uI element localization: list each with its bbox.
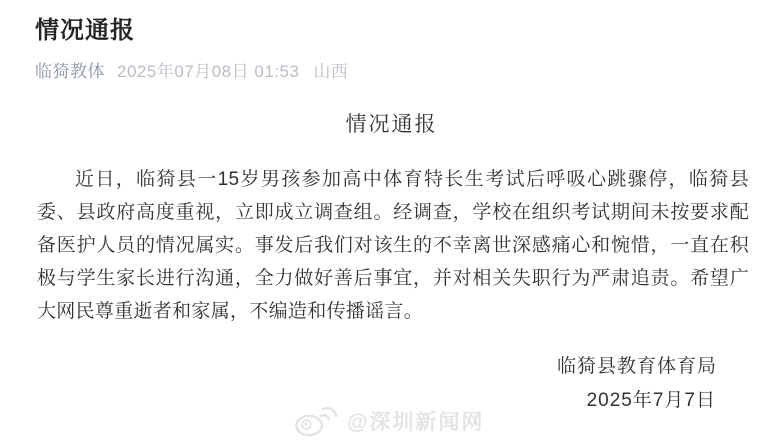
watermark: @深圳新闻网 <box>293 404 484 437</box>
weibo-post-screenshot: 情况通报 临猗教体2025年07月08日 01:53山西 情况通报 近日，临猗县… <box>0 0 783 440</box>
source-account-link[interactable]: 临猗教体 <box>35 62 105 81</box>
post-timestamp: 2025年07月08日 01:53 <box>117 62 299 81</box>
notice-date: 2025年7月7日 <box>587 385 716 412</box>
notice-signature: 临猗县教育体育局 <box>557 351 717 378</box>
watermark-text: @深圳新闻网 <box>347 406 484 436</box>
notice-body: 近日，临猗县一15岁男孩参加高中体育特长生考试后呼吸心跳骤停，临猗县委、县政府高… <box>37 163 749 328</box>
weibo-icon <box>293 404 339 437</box>
post-meta: 临猗教体2025年07月08日 01:53山西 <box>35 57 348 82</box>
notice-title: 情况通报 <box>0 108 783 138</box>
post-region: 山西 <box>313 62 348 81</box>
post-title: 情况通报 <box>35 10 135 45</box>
